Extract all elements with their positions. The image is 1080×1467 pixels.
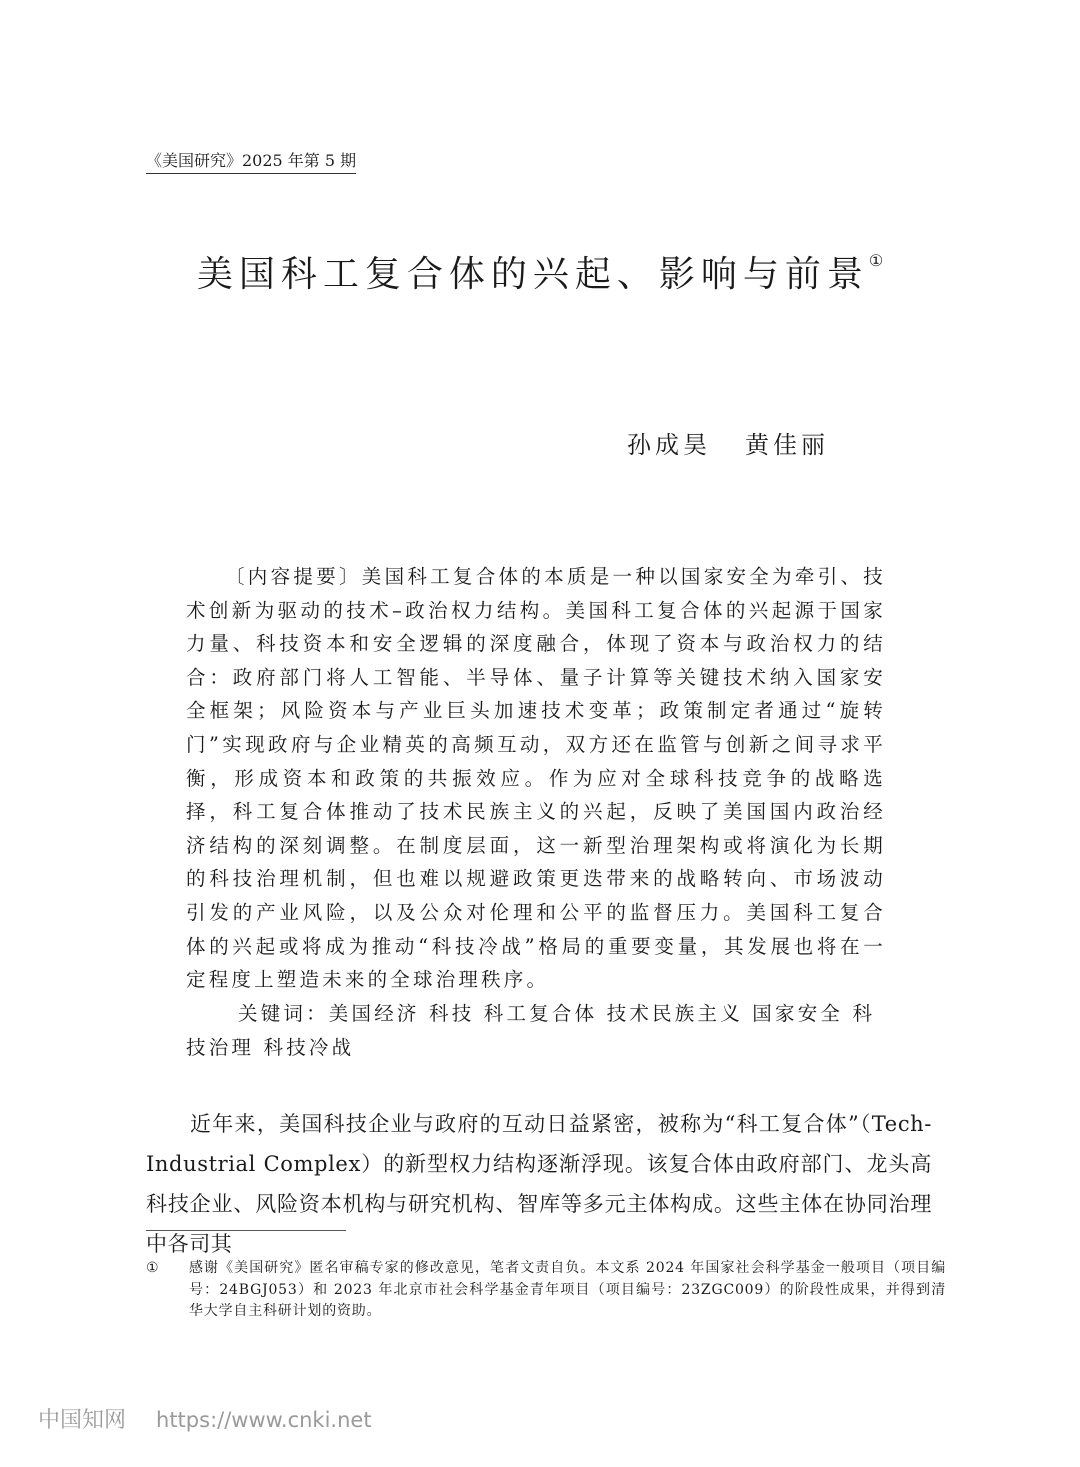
author-name: 黄佳丽 [745,431,829,459]
article-title: 美国科工复合体的兴起、影响与前景① [0,246,1080,297]
abstract: 〔内容提要〕美国科工复合体的本质是一种以国家安全为牵引、技术创新为驱动的技术–政… [186,560,886,997]
footnote-mark: ① [146,1258,159,1280]
keywords-text: 关键词：美国经济 科技 科工复合体 技术民族主义 国家安全 科技治理 科技冷战 [186,997,886,1064]
body-paragraph: 近年来，美国科技企业与政府的互动日益紧密，被称为“科工复合体”（Tech-Ind… [146,1104,932,1264]
author-name: 孙成昊 [627,431,711,459]
watermark-url[interactable]: https://www.cnki.net [156,1408,372,1432]
footnote-text: 感谢《美国研究》匿名审稿专家的修改意见，笔者文责自负。本文系 2024 年国家社… [189,1258,946,1323]
author-list: 孙成昊黄佳丽 [627,425,829,460]
journal-issue-header: 《美国研究》2025 年第 5 期 [146,148,356,174]
body-text: 近年来，美国科技企业与政府的互动日益紧密，被称为“科工复合体”（Tech-Ind… [146,1104,932,1264]
footnote-divider [146,1230,346,1231]
title-footnote-mark[interactable]: ① [869,251,883,270]
abstract-text: 〔内容提要〕美国科工复合体的本质是一种以国家安全为牵引、技术创新为驱动的技术–政… [186,560,886,997]
watermark-brand: 中国知网 [38,1408,126,1433]
cnki-watermark: 中国知网https://www.cnki.net [38,1403,372,1434]
footnote: ① 感谢《美国研究》匿名审稿专家的修改意见，笔者文责自负。本文系 2024 年国… [146,1258,946,1323]
keywords: 关键词：美国经济 科技 科工复合体 技术民族主义 国家安全 科技治理 科技冷战 [186,997,886,1064]
article-title-text: 美国科工复合体的兴起、影响与前景 [197,254,869,295]
